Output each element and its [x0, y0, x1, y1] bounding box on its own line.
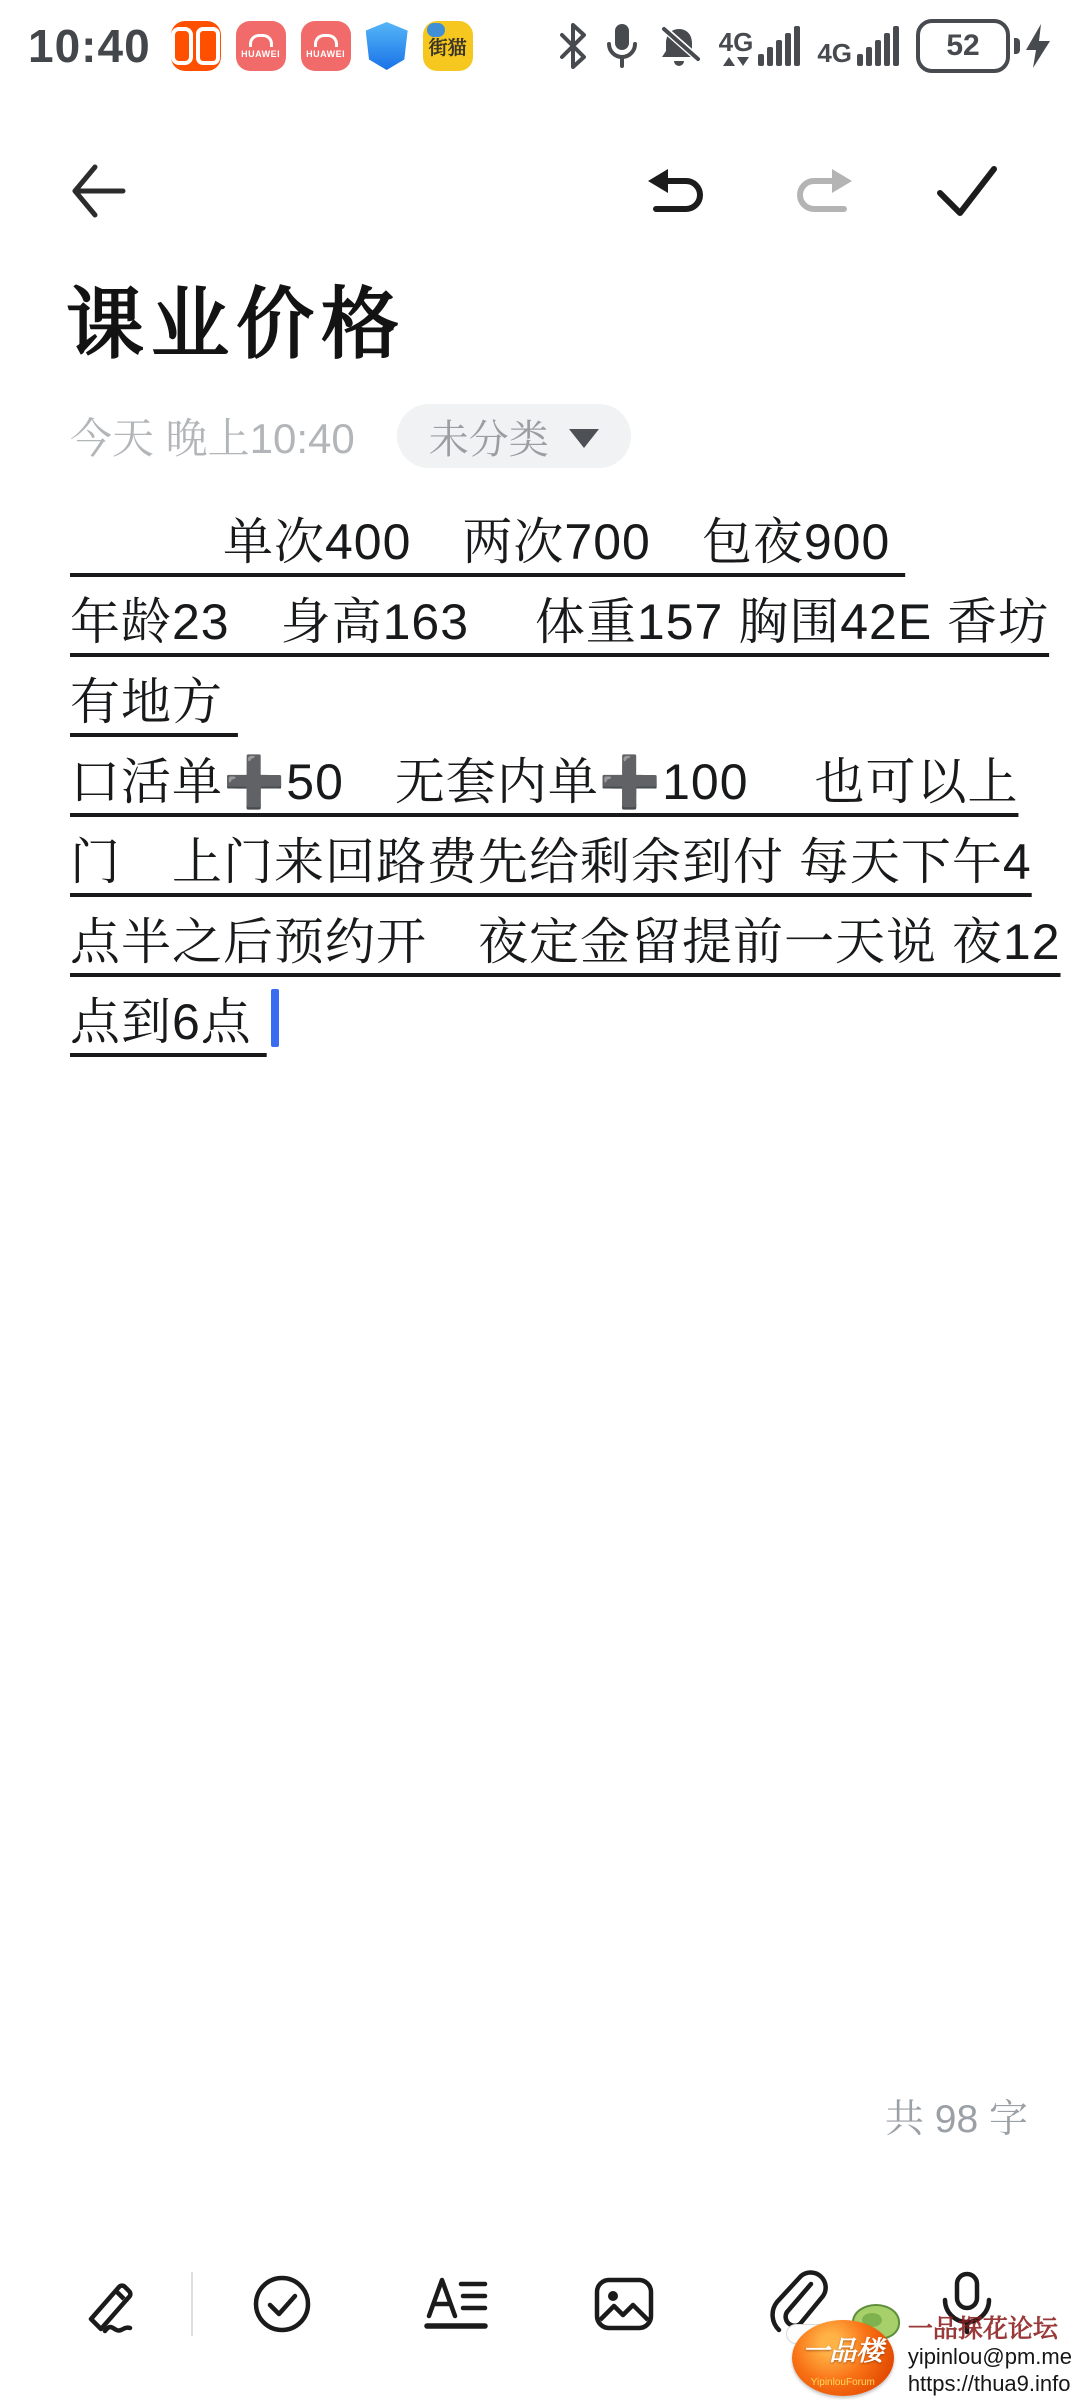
note-body-editor[interactable]: 单次400 两次700 包夜900 年龄23 身高163 体重157 胸围42E…: [70, 498, 1016, 1058]
body-line: 单次400 两次700 包夜900: [70, 498, 1016, 578]
note-meta: 今天 晚上10:40 未分类: [70, 404, 631, 468]
clock: 10:40: [28, 19, 151, 73]
body-line: 门 上门来回路费先给剩余到付 每天下午4: [70, 818, 1016, 898]
image-icon: [590, 2270, 658, 2338]
network-type-label: 4G: [719, 29, 754, 55]
microphone-icon: [605, 22, 639, 70]
yipinlou-logo: 一品楼 YipinlouForum: [792, 2304, 898, 2400]
bag-handle-icon: [249, 34, 273, 47]
checklist-icon: [248, 2270, 316, 2338]
back-button[interactable]: [62, 156, 132, 226]
status-system-icons: 4G 4G 52: [558, 19, 1052, 73]
save-button[interactable]: [932, 156, 1002, 226]
bluetooth-icon: [558, 23, 588, 69]
back-arrow-icon: [65, 159, 129, 223]
network-type-label: 4G: [817, 40, 852, 66]
category-selector[interactable]: 未分类: [397, 404, 631, 468]
text-cursor: [271, 989, 279, 1047]
battery-icon: 52: [916, 19, 1052, 73]
sim2-signal: 4G: [817, 26, 899, 66]
data-activity-arrows-icon: [723, 57, 749, 66]
jiemao-app-icon: 街猫: [423, 21, 473, 71]
note-title[interactable]: 课业价格: [66, 262, 1020, 374]
undo-icon: [646, 165, 708, 217]
huawei-appgallery-icon: HUAWEI: [236, 21, 286, 71]
note-timestamp: 今天 晚上10:40: [70, 406, 355, 466]
forum-name: 一品探花论坛: [908, 2314, 1072, 2345]
handwriting-button[interactable]: [72, 2262, 148, 2346]
body-line: 年龄23 身高163 体重157 胸围42E 香坊: [70, 578, 1016, 658]
signal-bars-icon: [857, 26, 899, 66]
body-line: 有地方: [70, 658, 1016, 738]
toolbar-divider: [191, 2272, 193, 2336]
chevron-down-icon: [569, 429, 599, 448]
text-format-icon: [421, 2270, 489, 2338]
bag-handle-icon: [314, 34, 338, 47]
insert-image-button[interactable]: [586, 2262, 662, 2346]
sim1-signal: 4G: [719, 26, 801, 66]
redo-icon: [792, 165, 854, 217]
category-label: 未分类: [429, 408, 549, 465]
battery-percent: 52: [946, 29, 979, 63]
undo-button[interactable]: [642, 156, 712, 226]
notifications-muted-icon: [656, 23, 702, 69]
forum-email: yipinlou@pm.me: [908, 2344, 1072, 2371]
body-line: 点到6点: [70, 978, 1016, 1058]
watermark-text: 一品探花论坛 yipinlou@pm.me https://thua9.info: [908, 2314, 1072, 2398]
body-line: 点半之后预约开 夜定金留提前一天说 夜12: [70, 898, 1016, 978]
checklist-button[interactable]: [244, 2262, 320, 2346]
kuaishou-app-icon: [171, 21, 221, 71]
cat-bubble-icon: [427, 23, 445, 37]
forum-watermark: 一品楼 YipinlouForum 一品探花论坛 yipinlou@pm.me …: [792, 2304, 1072, 2400]
confirm-check-icon: [934, 163, 1000, 219]
logo-text: 一品楼: [792, 2329, 894, 2368]
charging-bolt-icon: [1024, 23, 1052, 69]
status-bar: 10:40 HUAWEI HUAWEI 街猫: [0, 0, 1080, 92]
note-header: [0, 148, 1080, 248]
security-shield-icon: [366, 22, 408, 70]
body-line: 口活单➕50 无套内单➕100 也可以上: [70, 738, 1016, 818]
battery-nub: [1014, 38, 1020, 54]
notification-app-icons: HUAWEI HUAWEI 街猫: [171, 21, 473, 71]
text-format-button[interactable]: [417, 2262, 493, 2346]
handwriting-pen-icon: [77, 2271, 143, 2337]
redo-button[interactable]: [788, 156, 858, 226]
signal-bars-icon: [758, 26, 800, 66]
huawei-appgallery-icon: HUAWEI: [301, 21, 351, 71]
kuaishou-glyph: [171, 27, 220, 65]
word-count: 共 98 字: [885, 2088, 1028, 2144]
forum-url: https://thua9.info: [908, 2371, 1072, 2398]
logo-subtext: YipinlouForum: [792, 2377, 894, 2388]
